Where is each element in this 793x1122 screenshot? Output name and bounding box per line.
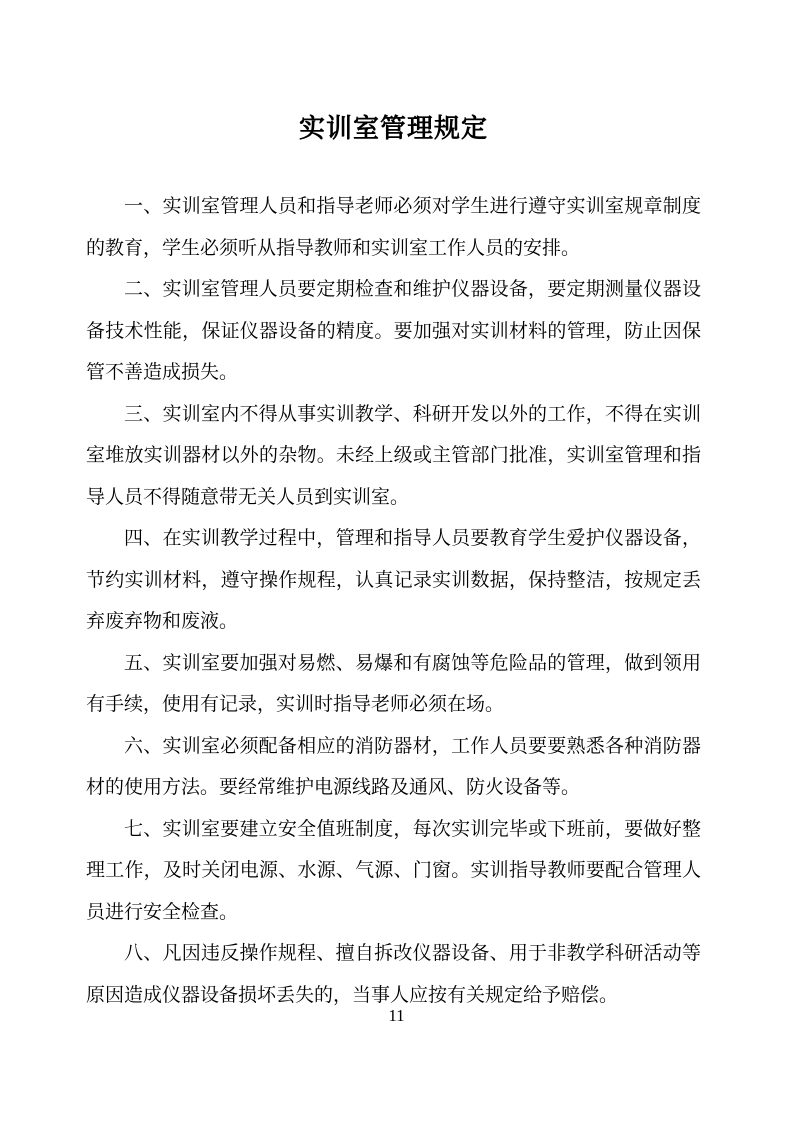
- regulation-paragraph-3: 三、实训室内不得从事实训教学、科研开发以外的工作，不得在实训室堆放实训器材以外的…: [86, 394, 701, 519]
- document-body: 一、实训室管理人员和指导老师必须对学生进行遵守实训室规章制度的教育，学生必须听从…: [86, 186, 701, 1016]
- regulation-paragraph-1: 一、实训室管理人员和指导老师必须对学生进行遵守实训室规章制度的教育，学生必须听从…: [86, 186, 701, 269]
- page-number: 11: [0, 1004, 793, 1028]
- regulation-paragraph-5: 五、实训室要加强对易燃、易爆和有腐蚀等危险品的管理，做到领用有手续，使用有记录，…: [86, 643, 701, 726]
- regulation-paragraph-7: 七、实训室要建立安全值班制度，每次实训完毕或下班前，要做好整理工作，及时关闭电源…: [86, 809, 701, 934]
- regulation-paragraph-4: 四、在实训教学过程中，管理和指导人员要教育学生爱护仪器设备，节约实训材料，遵守操…: [86, 518, 701, 643]
- document-page: 实训室管理规定 一、实训室管理人员和指导老师必须对学生进行遵守实训室规章制度的教…: [0, 0, 793, 1122]
- regulation-paragraph-2: 二、实训室管理人员要定期检查和维护仪器设备，要定期测量仪器设备技术性能，保证仪器…: [86, 269, 701, 394]
- regulation-paragraph-6: 六、实训室必须配备相应的消防器材，工作人员要要熟悉各种消防器材的使用方法。要经常…: [86, 726, 701, 809]
- document-title: 实训室管理规定: [86, 112, 701, 146]
